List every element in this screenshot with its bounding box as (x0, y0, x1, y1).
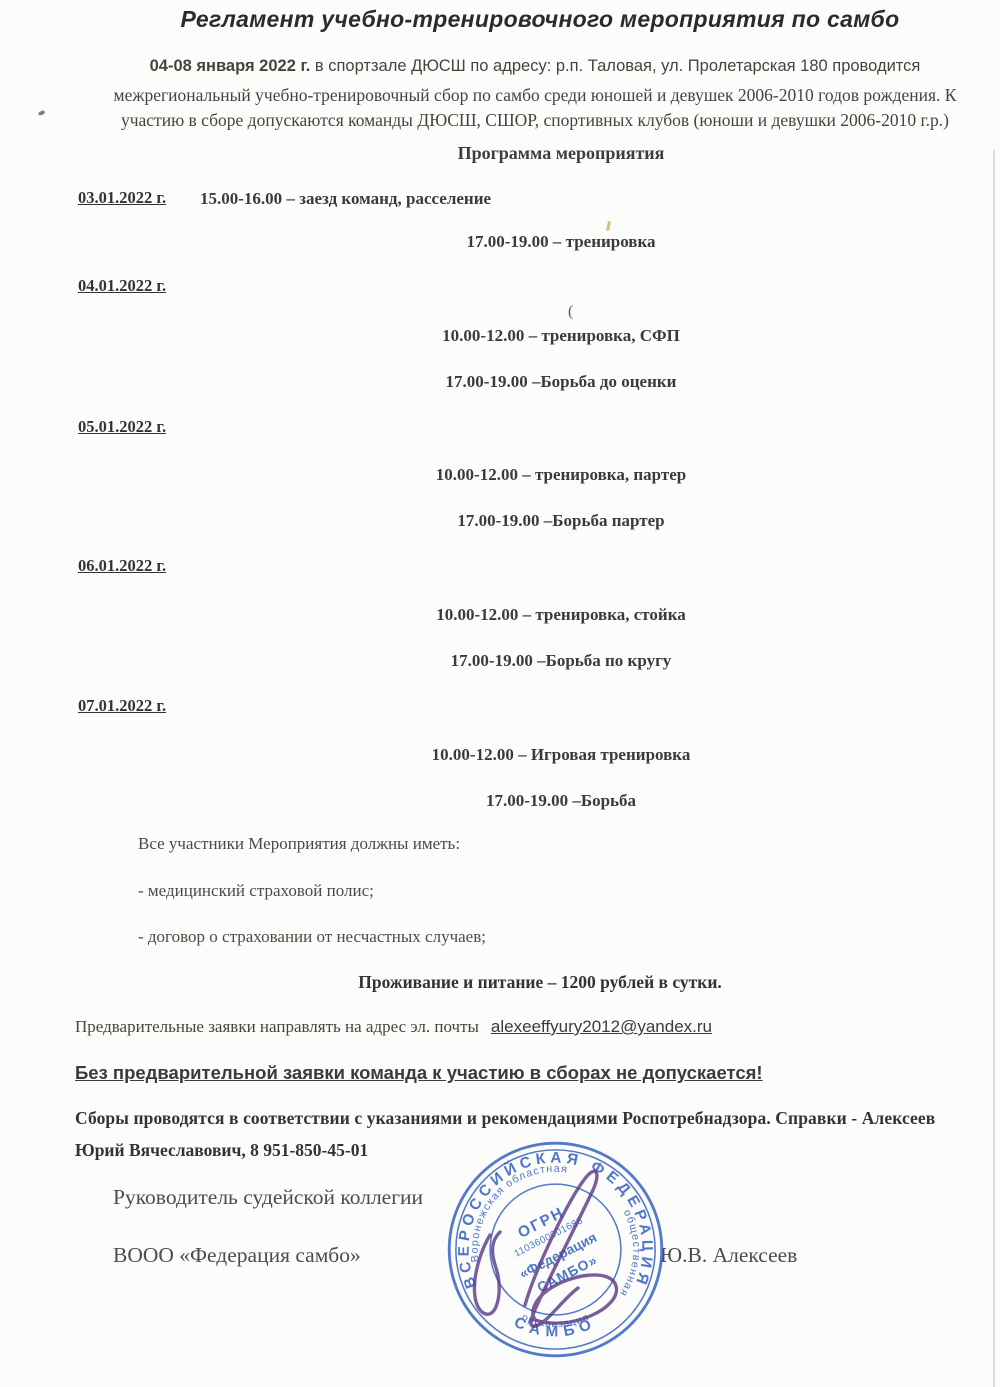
schedule-item-5-2: 17.00-19.00 –Борьба (122, 791, 1000, 811)
schedule-date-2-label: 04.01.2022 г. (78, 276, 166, 295)
schedule-item-4-2: 17.00-19.00 –Борьба по кругу (122, 651, 1000, 671)
schedule-item-4-1: 10.00-12.00 – тренировка, стойка (122, 605, 1000, 625)
scan-speck (38, 110, 46, 116)
schedule-date-4: 06.01.2022 г. (78, 557, 166, 576)
schedule-date-2: 04.01.2022 г. (78, 277, 166, 296)
application-text: Предварительные заявки направлять на адр… (75, 1017, 479, 1036)
schedule-item-2-2: 17.00-19.00 –Борьба до оценки (122, 372, 1000, 392)
schedule-item-2-1: 10.00-12.00 – тренировка, СФП (122, 326, 1000, 346)
intro-date-range: 04-08 января 2022 г. (150, 57, 311, 75)
schedule-item-5-1: 10.00-12.00 – Игровая тренировка (122, 745, 1000, 765)
requirement-item-1: - медицинский страховой полис; (138, 881, 374, 901)
intro-line-1-rest: в спортзале ДЮСШ по адресу: р.п. Таловая… (310, 57, 920, 75)
scan-artifact-paren: ( (568, 303, 573, 321)
handwritten-signature (430, 1140, 680, 1365)
note-line-1: Сборы проводятся в соответствии с указан… (75, 1108, 935, 1128)
email-link[interactable]: alexeeffyury2012@yandex.ru (491, 1017, 712, 1036)
requirements-heading: Все участники Мероприятия должны иметь: (138, 834, 460, 854)
signature-svg (430, 1140, 680, 1365)
schedule-date-1-label: 03.01.2022 г. (78, 188, 166, 207)
application-line: Предварительные заявки направлять на адр… (75, 1017, 712, 1037)
scan-edge-line (993, 150, 995, 1387)
schedule-date-1: 03.01.2022 г. (78, 189, 166, 208)
intro-line-1: 04-08 января 2022 г. в спортзале ДЮСШ по… (70, 57, 1000, 76)
program-heading: Программа мероприятия (122, 143, 1000, 164)
schedule-date-5-label: 07.01.2022 г. (78, 696, 166, 715)
schedule-item-1-training: 17.00-19.00 – тренировка (122, 232, 1000, 252)
price-line: Проживание и питание – 1200 рублей в сут… (80, 972, 1000, 992)
intro-line-2: межрегиональный учебно-тренировочный сбо… (70, 85, 1000, 105)
warning-line: Без предварительной заявки команда к уча… (75, 1062, 763, 1083)
schedule-item-1-arrival: 15.00-16.00 – заезд команд, расселение (200, 189, 491, 209)
signer-role-line-1: Руководитель судейской коллегии (113, 1185, 423, 1210)
signer-role-line-2: ВООО «Федерация самбо» (113, 1243, 361, 1268)
scanned-document-page: Регламент учебно-тренировочного мероприя… (0, 0, 1000, 1387)
schedule-item-3-1: 10.00-12.00 – тренировка, партер (122, 465, 1000, 485)
schedule-date-4-label: 06.01.2022 г. (78, 556, 166, 575)
schedule-item-3-2: 17.00-19.00 –Борьба партер (122, 511, 1000, 531)
scan-yellow-tick (606, 221, 611, 231)
page-title: Регламент учебно-тренировочного мероприя… (80, 6, 1000, 32)
schedule-date-5: 07.01.2022 г. (78, 697, 166, 716)
note-line-2: Юрий Вячеславович, 8 951-850-45-01 (75, 1140, 368, 1160)
intro-line-3: участию в сборе допускаются команды ДЮСШ… (70, 110, 1000, 130)
schedule-date-3: 05.01.2022 г. (78, 418, 166, 437)
requirement-item-2: - договор о страховании от несчастных сл… (138, 927, 486, 947)
schedule-date-3-label: 05.01.2022 г. (78, 417, 166, 436)
signer-name: Ю.В. Алексеев (660, 1243, 797, 1268)
